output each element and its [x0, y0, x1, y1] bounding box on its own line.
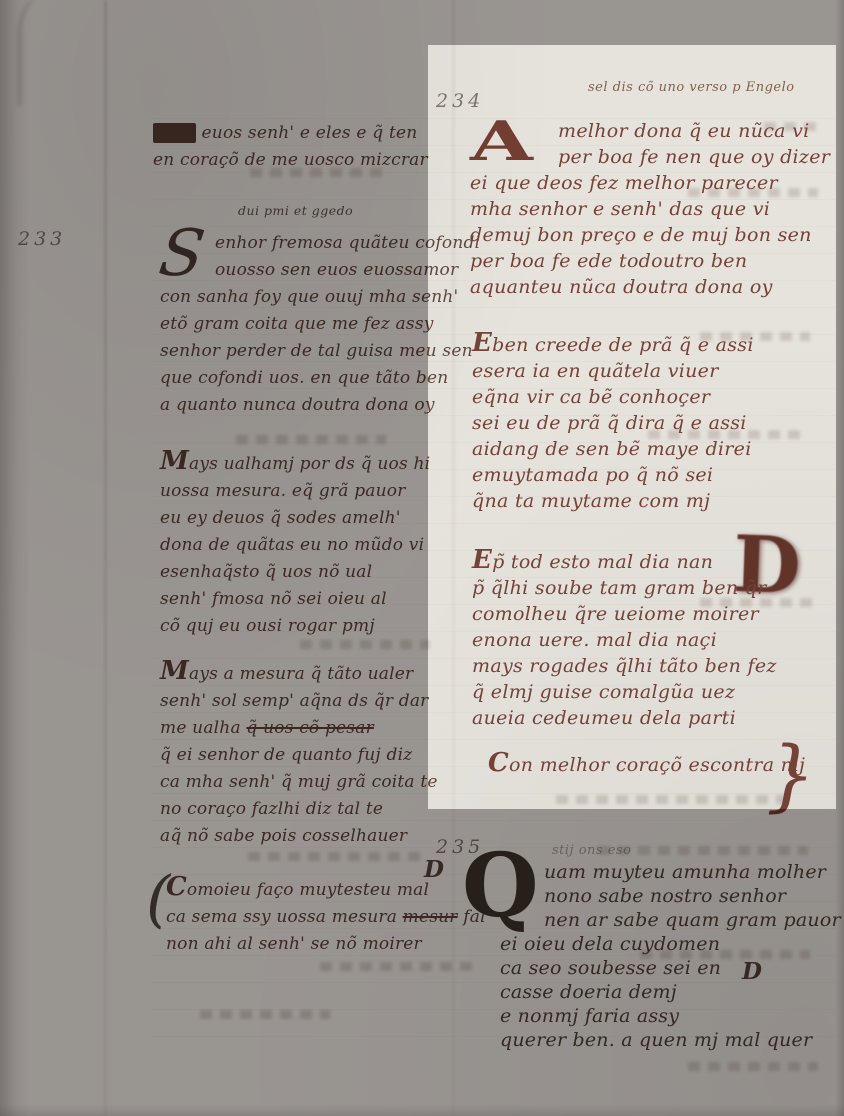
initial-m: M — [160, 446, 189, 476]
verse-line: eu ey deuos q̃ sodes amelh' — [160, 505, 430, 532]
page-edge-left — [0, 0, 30, 1116]
bleedthrough-streak — [248, 852, 428, 861]
struck-text: mesur — [403, 907, 458, 927]
illuminated-initial-q: Q — [462, 860, 544, 910]
stanza-quam-muyteu: Q uam muyteu amunha molher nono sabe nos… — [500, 860, 840, 1052]
verse-line: nono sabe nostro senhor — [500, 884, 840, 908]
verse-line: querer ben. a quen mj mal quer — [500, 1028, 840, 1052]
d-mark: D — [742, 958, 762, 985]
bleedthrough-streak — [300, 640, 430, 649]
illuminated-initial-s: S — [157, 230, 219, 278]
verse-line: uossa mesura. eq̃ grã pauor — [160, 478, 430, 505]
stanza-mays-ualhami: Mays ualhamj por ds q̃ uos hi uossa mesu… — [160, 448, 430, 640]
verse-line: casse doeria demj — [500, 980, 840, 1004]
faint-rubric: stij ons eso — [552, 843, 631, 858]
verse-line: ca seo soubesse sei en — [500, 956, 840, 980]
page-crease — [104, 0, 107, 1116]
stanza-mays-mesura: Mays a mesura q̃ tãto ualer senh' sol s… — [160, 658, 438, 850]
verse-line: senh' fmosa nõ sei oieu al — [160, 586, 430, 613]
page-edge-bottom — [0, 1104, 844, 1116]
verse-line: non ahi al senh' se nõ moirer — [166, 931, 486, 958]
verse-line: nen ar sabe quam gram pauor — [500, 908, 840, 932]
inked-out-word: onde — [153, 123, 196, 143]
left-overflow-lines: onde euos senh' e eles e q̃ ten en coraç… — [153, 120, 428, 174]
poem-number-left: 233 — [18, 228, 66, 250]
verse-line: no coraço fazlhi diz tal te — [160, 796, 438, 823]
bleedthrough-streak — [688, 1062, 818, 1071]
verse-line: ays a mesura q̃ tãto ualer — [189, 664, 413, 684]
verse-line: esenhaq̃sto q̃ uos nõ ual — [160, 559, 430, 586]
verse-line: ays ualhamj por ds q̃ uos hi — [189, 454, 430, 474]
bleedthrough-streak — [200, 1010, 330, 1019]
stanza-comoieu: Comoieu faço muytesteu mal ca sema ssy u… — [166, 874, 486, 958]
verse-line: euos senh' e eles e q̃ ten — [202, 123, 418, 143]
verse-line: cõ quj eu ousi rogar pmj — [160, 613, 430, 640]
verse-line: dona de quãtas eu no mũdo vi — [160, 532, 430, 559]
verse-line: ei oieu dela cuydomen — [500, 932, 840, 956]
verse-line: e nonmj faria assy — [500, 1004, 840, 1028]
verse-line: senh' sol semp' aq̃na ds q̃r dar — [160, 688, 438, 715]
left-rubric: dui pmi et ggedo — [238, 203, 353, 218]
verse-line: q̃ ei senhor de quanto fuj diz — [160, 742, 438, 769]
struck-text: q̃ uos cõ pesar — [246, 718, 374, 738]
verse-line: me ualha q̃ uos cõ pesar — [160, 715, 438, 742]
initial-c: C — [166, 872, 187, 902]
verse-line: ca mha senh' q̃ muj grã coita te — [160, 769, 438, 796]
verse-line: omoieu faço muytesteu mal — [187, 880, 429, 900]
manuscript-photo: 233 234 235 onde euos senh' e eles e q̃ … — [0, 0, 844, 1116]
highlight-selection-region — [428, 45, 836, 809]
verse-line: uam muyteu amunha molher — [500, 860, 840, 884]
initial-m: M — [160, 656, 189, 686]
verse-line: en coraçõ de me uosco mizcrar — [153, 147, 428, 174]
bleedthrough-streak — [236, 435, 386, 444]
bleedthrough-streak — [320, 962, 480, 971]
verse-line: ca sema ssy uossa mesura mesur fal — [166, 904, 486, 931]
page-corner — [18, 0, 141, 106]
verse-line: aq̃ nõ sabe pois cosselhauer — [160, 823, 438, 850]
